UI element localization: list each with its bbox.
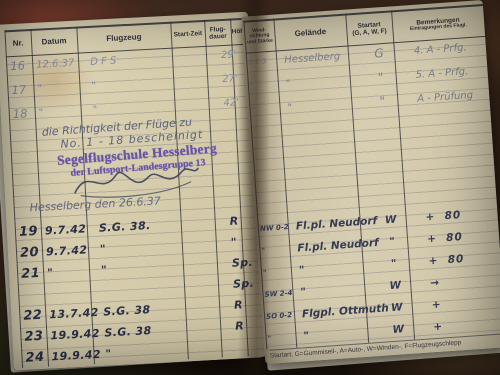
cell-flugzeug: " (92, 238, 195, 256)
cell-nr: 17 (7, 82, 38, 98)
cell-startzeit (193, 222, 227, 224)
cell-flugzeug: S.G. 38 (96, 322, 199, 340)
cell-flugdauer (233, 346, 262, 348)
cell-flugdauer: " (227, 234, 257, 248)
header-line: Eintragungen des Flugl. (410, 23, 467, 32)
cell-nr: 18 (8, 106, 39, 122)
cell-wind: SW 2-4 (262, 289, 294, 299)
cell-gelaende: " (294, 281, 373, 298)
cell-nr: 24 (21, 349, 52, 366)
cell-datum: " (47, 264, 94, 279)
cell-datum: " (37, 81, 84, 94)
cell-bemerkung: A - Prüfung (405, 88, 490, 105)
logbook-photo: Nr. Datum Flugzeug Start-Zeit Flug- daue… (0, 0, 500, 375)
cell-wind: " (265, 333, 297, 343)
cell-flugzeug: " (84, 99, 186, 115)
cell-datum: 19.9.42 (51, 348, 98, 363)
cell-datum (48, 292, 94, 294)
cell-flugdauer: 42' (220, 96, 250, 109)
cell-datum: 9.7.42 (46, 243, 93, 258)
cell-startzeit (198, 326, 232, 328)
cell-flugdauer: R (226, 214, 256, 228)
cell-startzeit (197, 305, 231, 307)
cell-bemerkung: + 80 (413, 206, 498, 224)
cell-startart: W (375, 322, 422, 337)
cell-startart: " (357, 69, 404, 86)
flights-16-18: 1612.6.37D F S29'17""27'18""42' (6, 42, 253, 127)
cell-startzeit (196, 284, 230, 286)
cell-gelaende: " (297, 325, 376, 342)
cell-flugzeug: S.G. 38 (95, 301, 198, 319)
right-flights-lower: NW 0-2Fl.pl. NeudorfW+ 80"Fl.pl. Neudorf… (257, 201, 500, 349)
right-page: Wind- richtung und Stärke Gelände Starta… (241, 0, 500, 364)
cell-startzeit (194, 243, 228, 245)
cell-nr (18, 294, 48, 296)
cell-nr: 22 (19, 307, 50, 324)
cell-wind: " (261, 267, 293, 277)
cell-bemerkung: 4. A - Prfg. (402, 40, 487, 57)
cell-wind: " (248, 80, 280, 90)
cell-bemerkung: + 80 (415, 228, 500, 246)
cell-nr: 19 (15, 224, 46, 241)
cell-flugdauer: 27' (219, 72, 249, 85)
cell-nr: 21 (17, 266, 48, 283)
cell-datum: " (38, 105, 85, 118)
header-line: und Stärke (247, 38, 273, 45)
cell-gelaende: " (281, 97, 360, 113)
cell-nr: 16 (6, 58, 37, 74)
flights-19-24: 199.7.42S.G. 38.R209.7.42""21""Sp.Sp.221… (14, 209, 265, 369)
cell-bemerkung: + (421, 316, 500, 334)
cell-gelaende: " (293, 259, 372, 276)
certification-block: die Richtigkeit der Flüge zu No. 1 - 18 … (9, 114, 256, 223)
header-line: dauer (209, 33, 227, 41)
cell-flugzeug: " (83, 76, 185, 92)
cell-flugzeug: S.G. 38. (91, 217, 194, 235)
cell-bemerkung: + 80 (416, 250, 500, 268)
cell-flugdauer: Sp. (230, 276, 260, 290)
left-page: Nr. Datum Flugzeug Start-Zeit Flug- daue… (0, 12, 266, 371)
cell-flugdauer: R (232, 318, 262, 332)
cell-flugdauer: Sp. (229, 255, 259, 269)
cell-startzeit (199, 347, 233, 349)
cell-startart: W (372, 278, 419, 293)
cell-gelaende: Fl.pl. Neudorf (290, 216, 369, 233)
cell-datum: 12.6.37 (36, 57, 83, 70)
cell-datum: 9.7.42 (45, 222, 92, 237)
cell-gelaende: Fl.pl. Neudorf (291, 237, 370, 254)
cell-flugzeug: " (93, 259, 196, 277)
cell-wind: S 1-3 (246, 56, 278, 66)
cell-flugzeug: " (97, 343, 200, 361)
cell-flugzeug: D F S (82, 52, 184, 68)
cell-startart: W (373, 300, 420, 315)
cell-startart: " (370, 256, 417, 271)
cell-gelaende: " (280, 73, 359, 89)
cell-startart: G (356, 45, 403, 62)
cell-wind: " (259, 245, 291, 255)
cell-gelaende: Flgpl. Ottmuth (296, 303, 375, 320)
cell-datum: 19.9.42 (50, 327, 97, 342)
cell-nr: 23 (20, 328, 51, 345)
cell-bemerkung: + (419, 294, 500, 312)
cell-gelaende: Hesselberg (278, 49, 357, 65)
cell-flugzeug (94, 286, 196, 291)
cell-startzeit (187, 103, 221, 105)
cell-datum: 13.7.42 (49, 306, 96, 321)
cell-wind: SO 0-2 (264, 311, 296, 321)
cell-startzeit (184, 55, 218, 57)
cell-startart: " (369, 234, 416, 249)
cell-startzeit (185, 79, 219, 81)
cell-startart: " (359, 93, 406, 110)
cell-bemerkung: → (418, 272, 500, 290)
cell-flugdauer: R (231, 297, 261, 311)
cell-startzeit (195, 263, 229, 265)
cell-bemerkung: 5. A - Prfg. (403, 64, 488, 81)
cell-wind: " (249, 104, 281, 114)
cell-nr: 20 (16, 245, 47, 262)
cell-startart: W (367, 212, 414, 227)
cell-wind: NW 0-2 (258, 223, 290, 233)
header-line: (G, A, W, F) (352, 28, 387, 38)
place-date: Hesselberg den 26.6.37 (29, 194, 161, 214)
